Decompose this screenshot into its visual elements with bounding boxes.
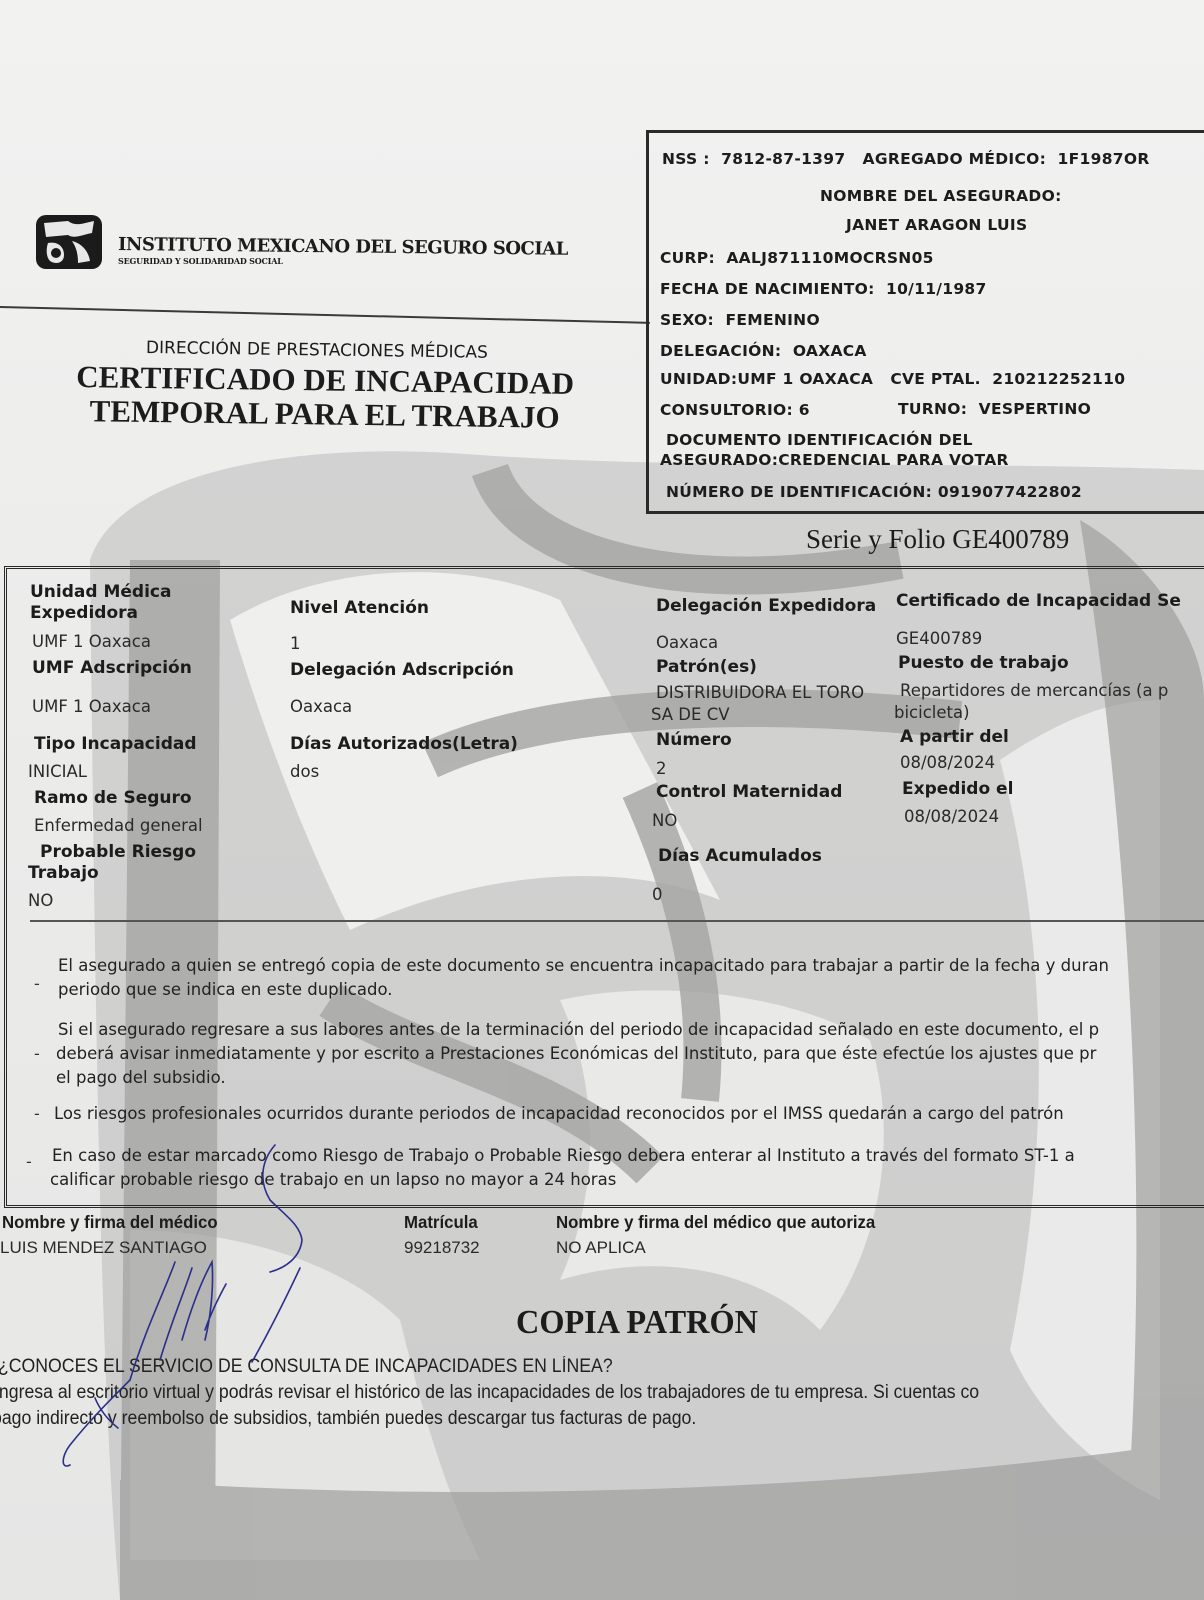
label-tipo-incapacidad: Tipo Incapacidad — [34, 734, 197, 755]
promo-question: ¿CONOCES EL SERVICIO DE CONSULTA DE INCA… — [0, 1356, 613, 1378]
dob-row: FECHA DE NACIMIENTO: 10/11/1987 — [660, 280, 987, 298]
note-2-line3: el pago del subsidio. — [56, 1066, 226, 1089]
label-patrones: Patrón(es) — [656, 657, 757, 678]
value-ramo-seguro: Enfermedad general — [34, 815, 203, 836]
insured-name-label: NOMBRE DEL ASEGURADO: — [820, 187, 1062, 205]
label-numero: Número — [656, 730, 732, 751]
notes-divider — [30, 920, 1204, 922]
delegacion-value: OAXACA — [793, 342, 867, 360]
serie-folio: Serie y Folio GE400789 — [806, 524, 1069, 555]
value-a-partir-del: 08/08/2024 — [900, 752, 995, 773]
sex-value: FEMENINO — [725, 311, 819, 329]
turno-label: TURNO: — [898, 400, 967, 418]
label-dias-autorizados: Días Autorizados(Letra) — [290, 734, 518, 755]
id-document-label-line2: ASEGURADO:CREDENCIAL PARA VOTAR — [660, 451, 1009, 469]
value-umf-adscripcion: UMF 1 Oaxaca — [32, 696, 151, 717]
curp-label: CURP: — [660, 249, 715, 267]
value-certificado-serie: GE400789 — [896, 628, 982, 649]
agregado-value: 1F1987OR — [1058, 150, 1150, 168]
dob-label: FECHA DE NACIMIENTO: — [660, 280, 875, 298]
copy-type-heading: COPIA PATRÓN — [516, 1304, 758, 1342]
label-dias-acumulados: Días Acumulados — [658, 846, 822, 867]
insured-name: JANET ARAGON LUIS — [846, 216, 1027, 234]
value-nivel-atencion: 1 — [290, 633, 301, 654]
direction-heading: DIRECCIÓN DE PRESTACIONES MÉDICAS — [146, 338, 488, 363]
consultorio-label: CONSULTORIO: — [660, 401, 793, 419]
value-dias-autorizados: dos — [290, 761, 319, 782]
label-puesto-trabajo: Puesto de trabajo — [898, 653, 1069, 674]
value-delegacion-expedidora: Oaxaca — [656, 632, 718, 653]
note-2-line1: Si el asegurado regresare a sus labores … — [58, 1018, 1099, 1041]
label-umf-adscripcion: UMF Adscripción — [32, 658, 192, 679]
nss-label: NSS : — [662, 150, 710, 168]
value-control-maternidad: NO — [652, 810, 677, 831]
note-bullet: - — [26, 1152, 32, 1171]
label-delegacion-expedidora: Delegación Expedidora — [656, 596, 876, 617]
note-2-line2: deberá avisar inmediatamente y por escri… — [56, 1042, 1096, 1065]
note-bullet: - — [34, 974, 40, 993]
id-number-value: 0919077422802 — [938, 483, 1082, 501]
label-ramo-seguro: Ramo de Seguro — [34, 788, 192, 809]
label-matricula: Matrícula — [404, 1212, 478, 1233]
sex-label: SEXO: — [660, 311, 714, 329]
value-patrones-line2: SA DE CV — [651, 704, 730, 725]
value-medico-autoriza: NO APLICA — [556, 1238, 646, 1258]
cve-label: CVE PTAL. — [890, 370, 981, 388]
label-medico-autoriza: Nombre y firma del médico que autoriza — [556, 1212, 875, 1233]
value-expedido-el: 08/08/2024 — [904, 806, 999, 827]
value-delegacion-adscripcion: Oaxaca — [290, 696, 352, 717]
value-unidad-medica-expedidora: UMF 1 Oaxaca — [32, 631, 151, 652]
label-nivel-atencion: Nivel Atención — [290, 598, 429, 619]
institution-tagline: SEGURIDAD Y SOLIDARIDAD SOCIAL — [118, 256, 283, 266]
note-4-line2: calificar probable riesgo de trabajo en … — [50, 1168, 616, 1191]
nss-row: NSS : 7812-87-1397 AGREGADO MÉDICO: 1F19… — [662, 150, 1150, 168]
value-medico-nombre: LUIS MENDEZ SANTIAGO — [0, 1238, 207, 1258]
agregado-label: AGREGADO MÉDICO: — [863, 150, 1047, 168]
value-puesto-trabajo-line2: bicicleta) — [894, 702, 970, 723]
certificate-title: CERTIFICADO DE INCAPACIDAD TEMPORAL PARA… — [76, 360, 575, 435]
note-4-line1: En caso de estar marcado como Riesgo de … — [52, 1144, 1075, 1167]
promo-line2: Ingresa al escritorio virtual y podrás r… — [0, 1382, 979, 1404]
label-control-maternidad: Control Maternidad — [656, 782, 842, 803]
unidad-label: UNIDAD: — [660, 370, 737, 388]
consultorio-value: 6 — [799, 401, 810, 419]
imss-logo-icon — [34, 213, 104, 271]
label-unidad-medica-expedidora: Unidad Médica Expedidora — [30, 582, 171, 624]
label-delegacion-adscripcion: Delegación Adscripción — [290, 660, 514, 681]
label-probable-riesgo-line2: Trabajo — [28, 863, 99, 884]
promo-line3: pago indirecto y reembolso de subsidios,… — [0, 1408, 696, 1430]
cve-value: 210212252110 — [992, 370, 1125, 388]
value-puesto-trabajo-line1: Repartidores de mercancías (a p — [900, 680, 1168, 701]
unidad-value: UMF 1 OAXACA — [737, 370, 873, 388]
label-expedido-el: Expedido el — [902, 779, 1013, 800]
delegacion-row: DELEGACIÓN: OAXACA — [660, 342, 867, 360]
turno-row: TURNO: VESPERTINO — [898, 400, 1091, 418]
header-divider — [0, 306, 650, 324]
unidad-row: UNIDAD:UMF 1 OAXACA CVE PTAL. 2102122521… — [660, 370, 1125, 388]
value-probable-riesgo: NO — [28, 890, 53, 911]
delegacion-label: DELEGACIÓN: — [660, 342, 781, 360]
label-certificado-serie: Certificado de Incapacidad Se — [896, 591, 1181, 612]
id-number-row: NÚMERO DE IDENTIFICACIÓN: 0919077422802 — [666, 483, 1082, 501]
value-numero: 2 — [656, 758, 667, 779]
value-matricula: 99218732 — [404, 1238, 480, 1258]
sex-row: SEXO: FEMENINO — [660, 311, 820, 329]
note-bullet: - — [34, 1104, 40, 1123]
note-1-line2: periodo que se indica en este duplicado. — [58, 978, 393, 1001]
id-number-label: NÚMERO DE IDENTIFICACIÓN: — [666, 483, 932, 501]
label-a-partir-del: A partir del — [900, 727, 1009, 748]
label-medico-firma: Nombre y firma del médico — [2, 1212, 218, 1233]
certificate-page: INSTITUTO MEXICANO DEL SEGURO SOCIAL SEG… — [0, 0, 1204, 1600]
value-dias-acumulados: 0 — [652, 884, 663, 905]
note-3-line1: Los riesgos profesionales ocurridos dura… — [54, 1102, 1064, 1125]
value-tipo-incapacidad: INICIAL — [28, 761, 87, 782]
label-probable-riesgo-line1: Probable Riesgo — [40, 842, 196, 863]
value-patrones-line1: DISTRIBUIDORA EL TORO — [656, 682, 864, 703]
consultorio-row: CONSULTORIO: 6 — [660, 401, 810, 419]
note-1-line1: El asegurado a quien se entregó copia de… — [58, 954, 1109, 977]
turno-value: VESPERTINO — [979, 400, 1091, 418]
nss-value: 7812-87-1397 — [721, 150, 845, 168]
dob-value: 10/11/1987 — [886, 280, 987, 298]
curp-row: CURP: AALJ871110MOCRSN05 — [660, 249, 934, 267]
note-bullet: - — [34, 1044, 40, 1063]
curp-value: AALJ871110MOCRSN05 — [726, 249, 933, 267]
id-document-label-line1: DOCUMENTO IDENTIFICACIÓN DEL — [666, 431, 973, 449]
